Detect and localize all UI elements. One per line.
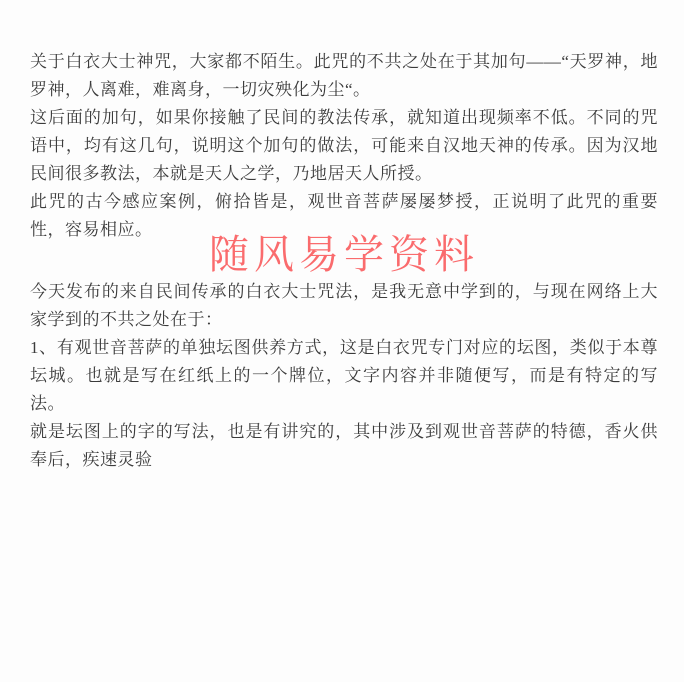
paragraph-point-1-altar-diagram: 1、有观世音菩萨的单独坛图供养方式，这是白衣咒专门对应的坛图，类似于本尊坛城。也… — [30, 334, 658, 418]
paragraph-efficacy-cases: 此咒的古今感应案例，俯拾皆是，观世音菩萨屡屡梦授，正说明了此咒的重要性，容易相应… — [30, 188, 658, 244]
paragraph-added-lines-origin: 这后面的加句，如果你接触了民间的教法传承，就知道出现频率不低。不同的咒语中，均有… — [30, 104, 658, 188]
document-page: 关于白衣大士神咒，大家都不陌生。此咒的不共之处在于其加句——“天罗神，地罗神，人… — [0, 0, 684, 682]
paragraph-todays-release: 今天发布的来自民间传承的白衣大士咒法，是我无意中学到的，与现在网络上大家学到的不… — [30, 278, 658, 334]
paragraph-intro-mantra: 关于白衣大士神咒，大家都不陌生。此咒的不共之处在于其加句——“天罗神，地罗神，人… — [30, 48, 658, 104]
paragraph-altar-writing-method: 就是坛图上的字的写法，也是有讲究的，其中涉及到观世音菩萨的特德，香火供奉后，疾速… — [30, 418, 658, 474]
